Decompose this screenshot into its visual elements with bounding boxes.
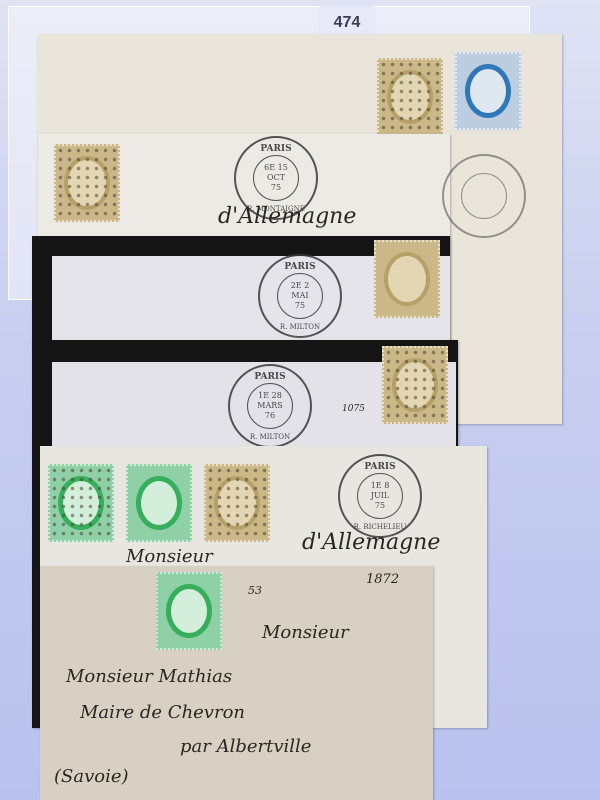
cover-4-mourning: PARIS 1E 28 MARS 76 R. MILTON 1075 <box>32 340 458 450</box>
address-line: Monsieur Mathias <box>66 666 232 687</box>
postmark-faint <box>442 154 526 238</box>
postmark: PARIS 1E 8 JUIL 75 R. RICHELIEU <box>338 454 422 538</box>
handwriting: d'Allemagne <box>302 530 440 555</box>
stamp-green <box>48 464 114 542</box>
cover-3-mourning: PARIS 2E 2 MAI 75 R. MILTON <box>32 236 450 351</box>
handwriting: Monsieur <box>126 546 213 567</box>
stamp-bistre <box>54 144 120 222</box>
stamp-green <box>126 464 192 542</box>
pencil-note: 1075 <box>342 404 365 414</box>
stamp-green <box>156 572 222 650</box>
stamp-bistre <box>377 58 443 136</box>
year-note: 1872 <box>366 572 399 587</box>
address-line: Maire de Chevron <box>80 702 245 723</box>
postmark: PARIS 1E 28 MARS 76 R. MILTON <box>228 364 312 448</box>
address-line: (Savoie) <box>54 766 129 787</box>
stamp-bistre <box>374 240 440 318</box>
stamp-bistre <box>204 464 270 542</box>
address-line: par Albertville <box>180 736 311 757</box>
marginal-note: 53 <box>248 584 262 597</box>
stamp-bistre <box>382 346 448 424</box>
cover-6: 53 1872 Monsieur Monsieur Mathias Maire … <box>40 566 433 800</box>
handwriting: d'Allemagne <box>218 204 356 229</box>
address-line: Monsieur <box>262 622 349 643</box>
postmark: PARIS 2E 2 MAI 75 R. MILTON <box>258 254 342 338</box>
stamp-blue <box>455 52 521 130</box>
